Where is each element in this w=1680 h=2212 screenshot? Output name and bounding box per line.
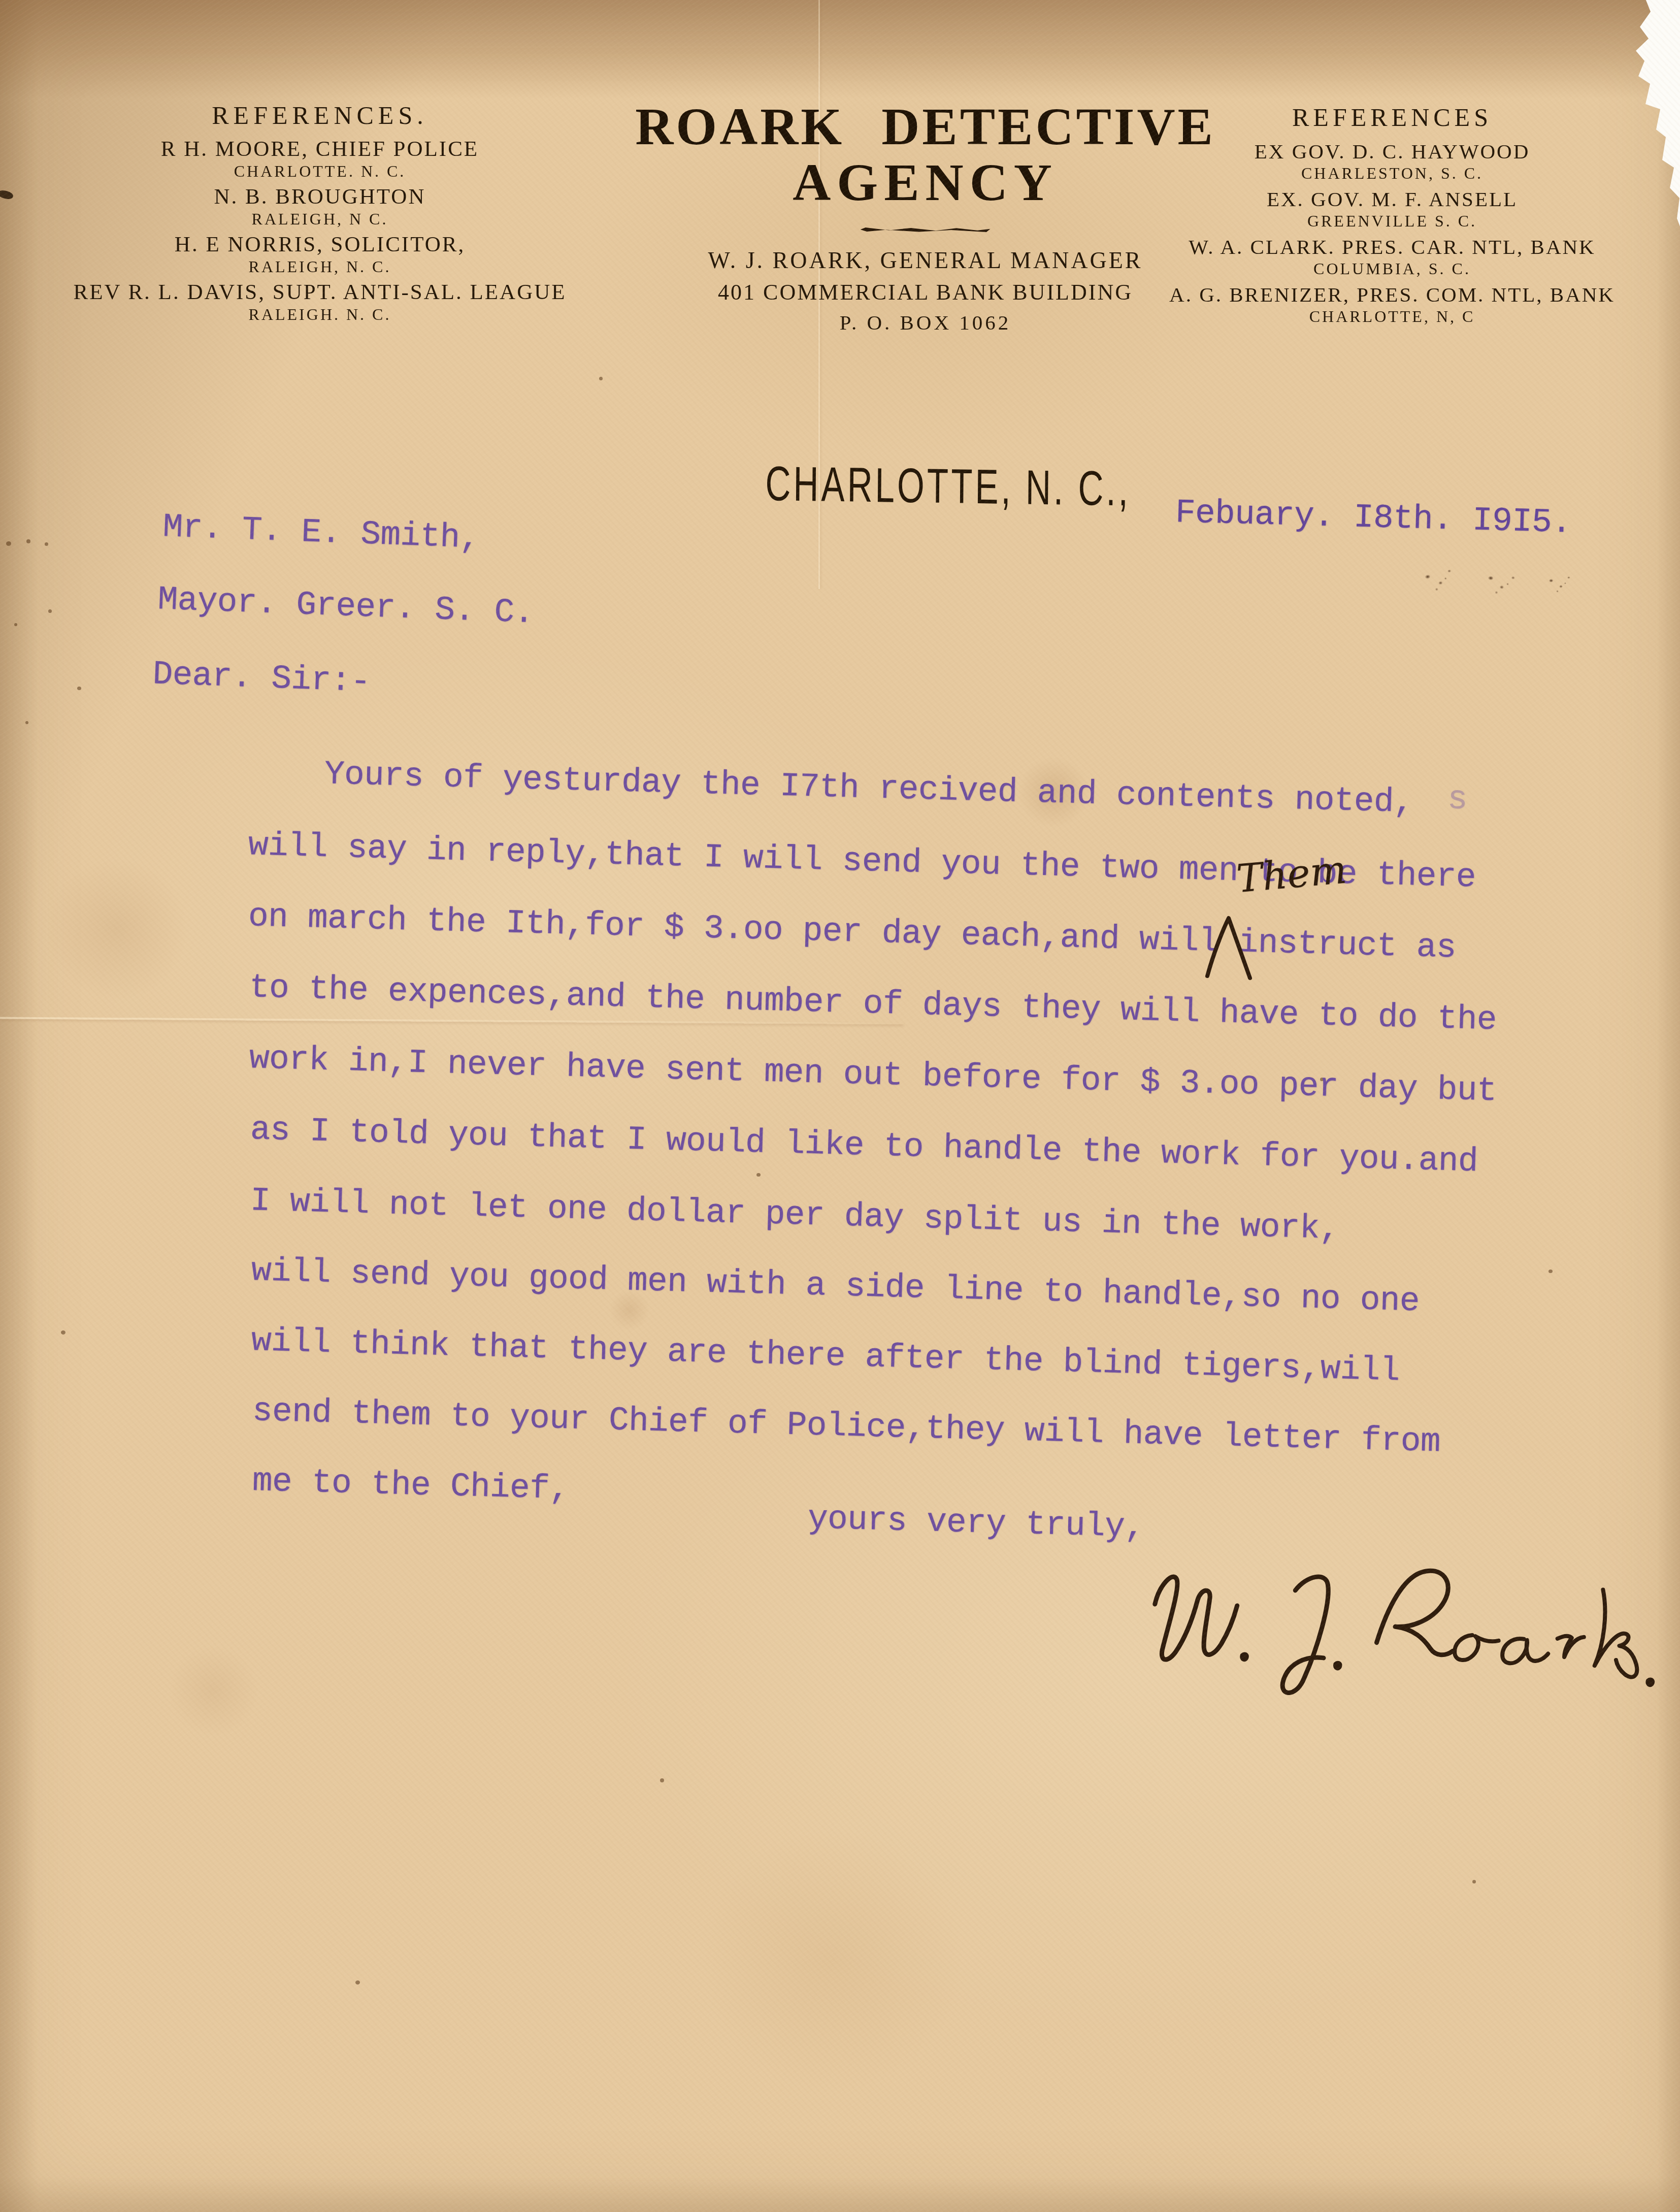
reference-name: REV R. L. DAVIS, SUPT. ANTI-SAL. LEAGUE [56,280,584,305]
paper-speck [48,609,52,613]
body-line: me to the Chief, [252,1462,570,1508]
reference-name: A. G. BRENIZER, PRES. COM. NTL, BANK [1148,282,1636,307]
reference-name: N. B. BROUGHTON [56,185,584,209]
body-line: will send you good men with a side line … [251,1252,1420,1320]
paper-speck [26,539,30,543]
edge-ink-mark [0,189,14,201]
reference-location: CHARLOTTE, N, C [1148,307,1636,326]
dateline-place: CHARLOTTE, N. C., [765,456,1131,517]
body-line: work in,I never have sent men out before… [249,1039,1497,1110]
valediction: yours very truly, [807,1500,1145,1546]
paper-stain [46,858,188,1000]
handwritten-insertion-word: Them [1235,847,1348,901]
reference-location: CHARLESTON, S. C. [1148,164,1636,183]
paper-speck [61,1330,65,1335]
reference-name: EX GOV. D. C. HAYWOOD [1148,139,1636,164]
letterhead-left-references: REFERENCES. R H. MOORE, CHIEF POLICE CHA… [56,101,584,324]
paper-speck [1472,1880,1476,1883]
references-left-title: REFERENCES. [56,101,584,130]
ghost-character: s [1447,780,1468,819]
letterhead-right-references: REFERENCES EX GOV. D. C. HAYWOOD CHARLES… [1148,103,1636,326]
reference-location: RALEIGH. N. C. [56,305,584,324]
body-line: on march the Ith,for $ 3.oo per day each… [248,897,1457,967]
ink-smudge [1418,564,1461,596]
paper-speck [355,1980,360,1985]
letter-page: REFERENCES. R H. MOORE, CHIEF POLICE CHA… [0,0,1680,2212]
address-line: 401 COMMERCIAL BANK BUILDING [622,280,1229,305]
body-line: I will not let one dollar per day split … [250,1182,1340,1248]
body-line: as I told you that I would like to handl… [250,1111,1478,1181]
reference-location: RALEIGH, N C. [56,209,584,229]
handwritten-caret: ^ [1202,913,1258,982]
reference-location: GREENVILLE S. C. [1148,211,1636,231]
recipient-line: Mayor. Greer. S. C. [157,580,534,632]
body-line: will think that they are there after the… [251,1322,1400,1390]
paper-speck [77,687,81,690]
paper-speck [599,377,603,380]
reference-name: R H. MOORE, CHIEF POLICE [56,137,584,161]
signature: W. J. Roark. [1122,1539,1668,1721]
ink-smudge [1480,569,1522,599]
po-box-line: P. O. BOX 1062 [622,310,1229,335]
manager-line: W. J. ROARK, GENERAL MANAGER [622,247,1229,274]
body-line: send them to your Chief of Police,they w… [252,1392,1441,1461]
body-line: Yours of yesturday the I7th recived and … [324,755,1414,822]
letterhead-agency-block: ROARK DETECTIVE AGENCY W. J. ROARK, GENE… [622,102,1229,335]
agency-title-line2: AGENCY [622,157,1229,208]
ornamental-rule [861,227,991,232]
ink-smudge [1544,573,1576,596]
references-right-title: REFERENCES [1148,103,1636,132]
recipient-line: Mr. T. E. Smith, [162,508,480,558]
paper-speck [756,1173,761,1177]
reference-location: RALEIGH, N. C. [56,257,584,276]
paper-speck [6,541,11,546]
paper-stain [701,1828,965,2092]
reference-location: CHARLOTTE. N. C. [56,161,584,181]
reference-name: H. E NORRIS, SOLICITOR, [56,233,584,257]
paper-stain [168,1645,259,1737]
dateline-date: Febuary. I8th. I9I5. [1175,494,1572,542]
paper-speck [45,542,48,546]
paper-speck [14,623,17,626]
reference-location: COLUMBIA, S. C. [1148,259,1636,278]
reference-name: W. A. CLARK. PRES. CAR. NTL, BANK [1148,235,1636,259]
salutation: Dear. Sir:- [152,655,371,701]
body-line: to the expences,and the number of days t… [249,968,1497,1039]
paper-speck [660,1778,664,1782]
agency-title-line1: ROARK DETECTIVE [622,102,1229,152]
reference-name: EX. GOV. M. F. ANSELL [1148,187,1636,211]
paper-speck [1549,1270,1553,1273]
paper-speck [25,721,28,724]
